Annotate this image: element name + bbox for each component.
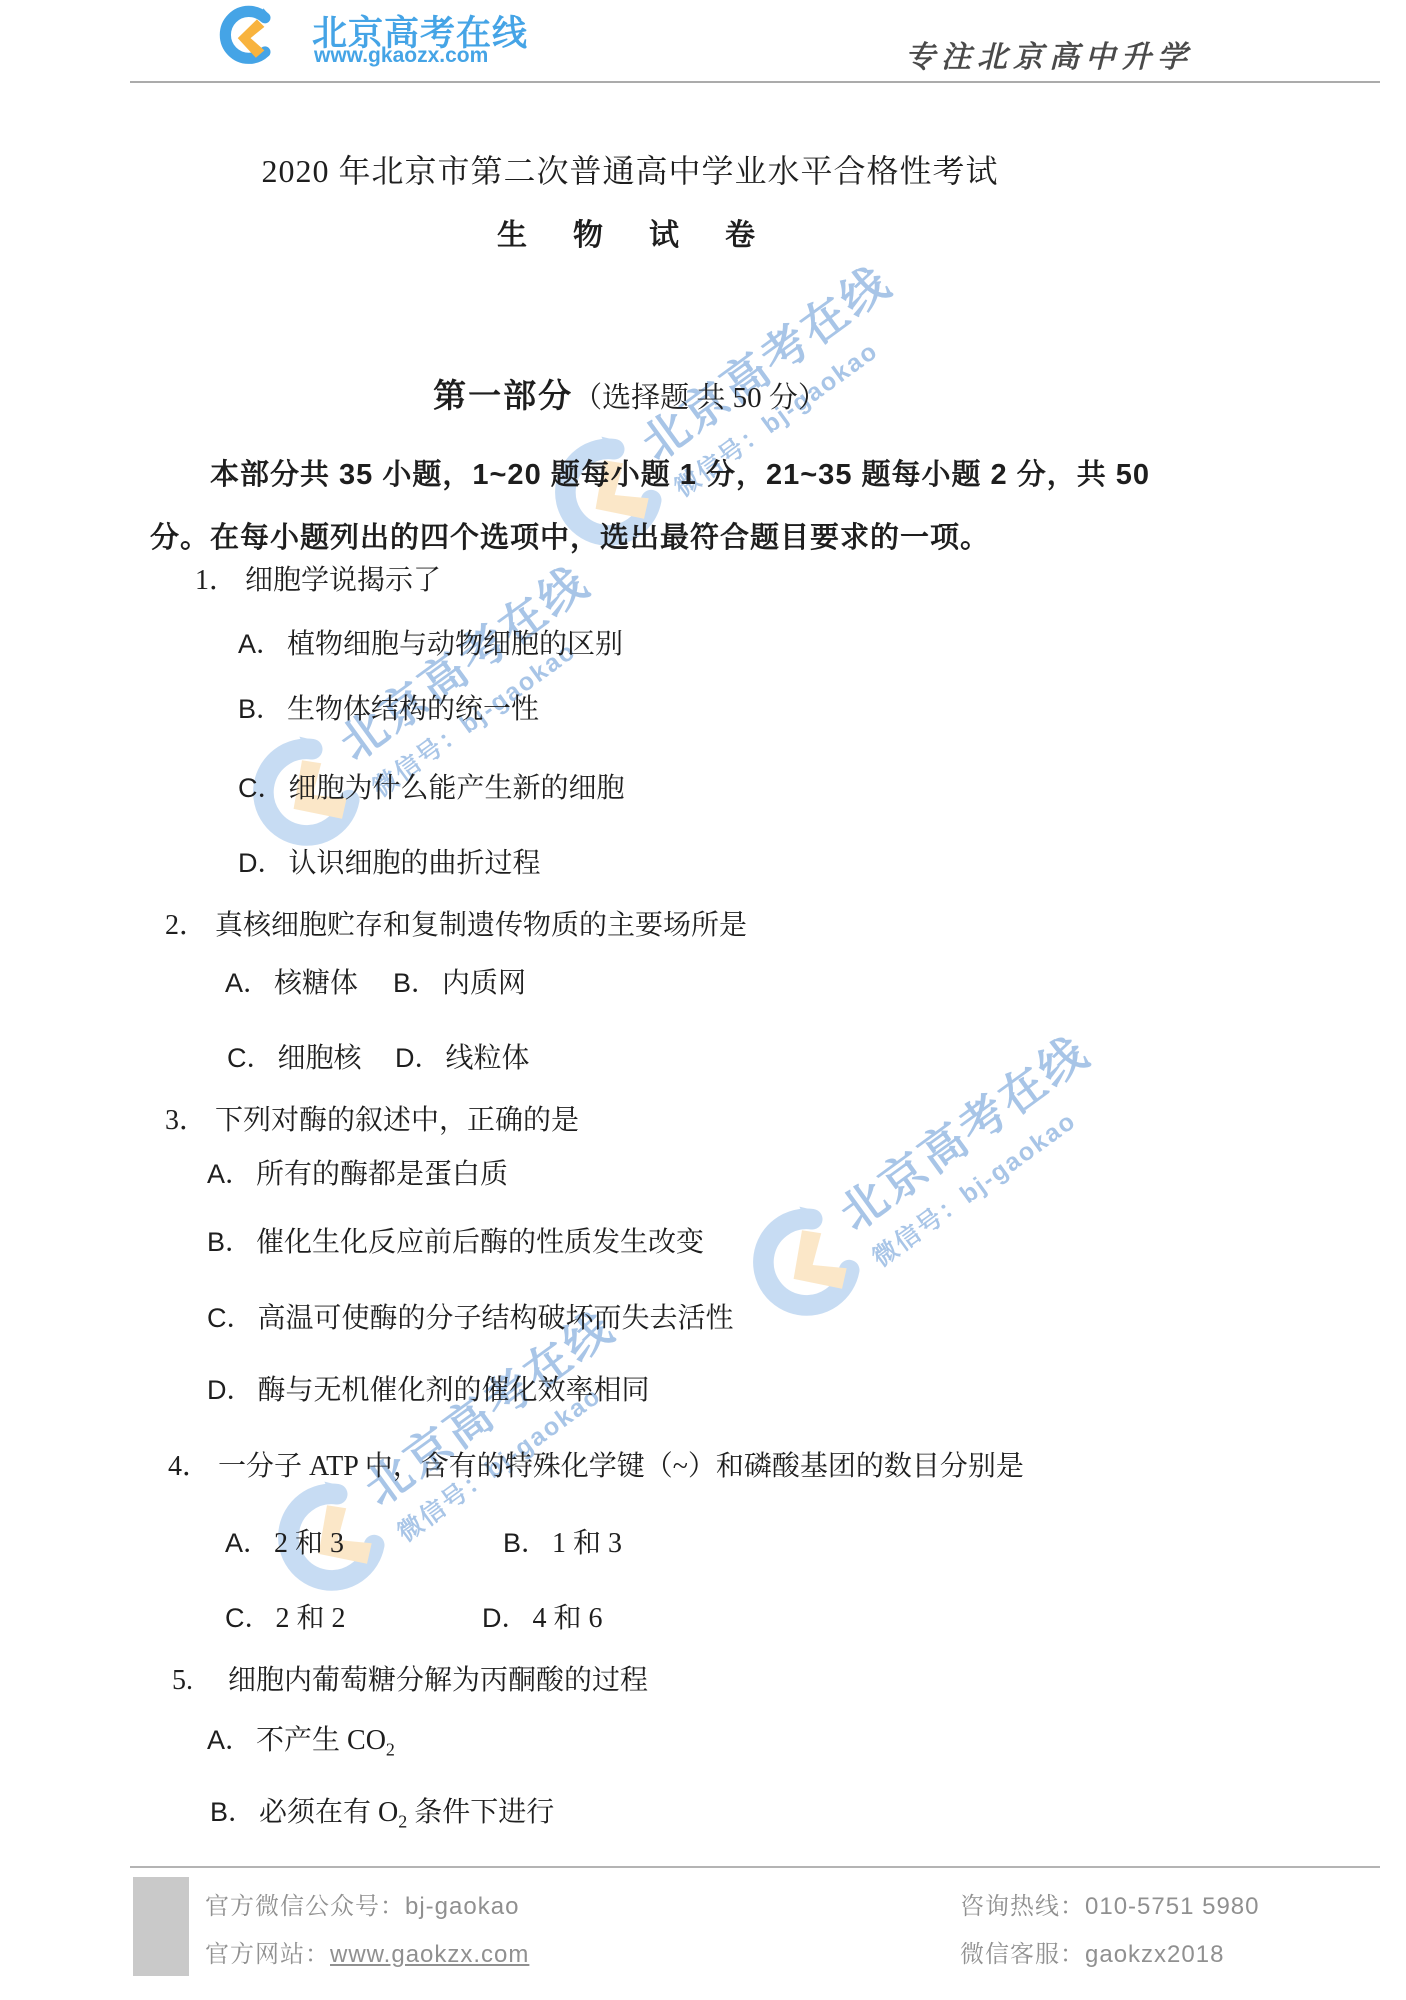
section-title-main: 第一部分	[433, 377, 573, 414]
question-number: 3．	[165, 1098, 215, 1138]
question-2-option-d[interactable]: D．线粒体	[395, 1036, 530, 1076]
question-number: 5.	[172, 1665, 228, 1697]
watermark-text: 北京高考在线	[824, 1017, 1101, 1243]
question-1-option-b[interactable]: B．生物体结构的统一性	[238, 687, 539, 727]
watermark-group: 北京高考在线 微信号：bj-gaokao	[716, 1007, 1133, 1355]
question-2-stem: 2．真核细胞贮存和复制遗传物质的主要场所是	[165, 903, 747, 943]
question-5-option-a[interactable]: A．不产生 CO2	[207, 1718, 395, 1761]
option-label: D．	[238, 848, 285, 878]
footer-hotline-value: 010-5751 5980	[1085, 1893, 1259, 1920]
question-5-stem: 5.细胞内葡萄糖分解为丙酮酸的过程	[172, 1658, 648, 1698]
option-text: 内质网	[442, 968, 526, 999]
option-text: 高温可使酶的分子结构破坏而失去活性	[258, 1303, 734, 1334]
footer-hotline: 咨询热线：010-5751 5980	[960, 1886, 1259, 1921]
option-label: A．	[207, 1725, 252, 1755]
instructions-line-2: 分。在每小题列出的四个选项中，选出最符合题目要求的一项。	[150, 515, 990, 556]
option-label: A．	[238, 629, 283, 659]
option-label: D．	[207, 1375, 254, 1405]
question-1-option-c[interactable]: C．细胞为什么能产生新的细胞	[238, 766, 625, 806]
question-3-option-c[interactable]: C．高温可使酶的分子结构破坏而失去活性	[207, 1296, 734, 1336]
option-label: C．	[227, 1043, 274, 1073]
option-label: D．	[482, 1603, 529, 1633]
footer-gray-block	[133, 1877, 189, 1976]
option-text: 线粒体	[446, 1043, 530, 1074]
footer-hotline-label: 咨询热线：	[960, 1893, 1085, 1920]
question-4-option-b[interactable]: B．1 和 3	[503, 1521, 622, 1561]
option-text: 2 和 2	[276, 1603, 346, 1634]
question-1-stem: 1．细胞学说揭示了	[195, 558, 441, 598]
question-text: 一分子 ATP 中，含有的特殊化学键（~）和磷酸基团的数目分别是	[218, 1451, 1024, 1482]
question-text: 下列对酶的叙述中，正确的是	[215, 1105, 579, 1136]
brand-url-link[interactable]: www.gkaozx.com	[314, 44, 488, 68]
option-label: B．	[503, 1528, 548, 1558]
option-text: 酶与无机催化剂的催化效率相同	[258, 1375, 650, 1406]
option-label: D．	[395, 1043, 442, 1073]
question-4-option-d[interactable]: D．4 和 6	[482, 1596, 603, 1636]
option-text: 1 和 3	[552, 1528, 622, 1559]
question-2-option-c[interactable]: C．细胞核	[227, 1036, 362, 1076]
footer-site-label: 官方网站：	[205, 1941, 330, 1968]
question-1-option-d[interactable]: D．认识细胞的曲折过程	[238, 841, 541, 881]
gk-logo-watermark-icon	[716, 1190, 881, 1355]
option-label: B．	[207, 1227, 252, 1257]
option-text: 细胞为什么能产生新的细胞	[289, 773, 625, 804]
gk-logo-icon	[176, 5, 308, 69]
question-number: 2．	[165, 903, 215, 943]
page-title: 2020 年北京市第二次普通高中学业水平合格性考试	[150, 146, 1110, 192]
option-label: C．	[238, 773, 285, 803]
watermark-text: 北京高考在线	[626, 247, 903, 473]
option-text: 认识细胞的曲折过程	[289, 848, 541, 879]
option-text: 细胞核	[278, 1043, 362, 1074]
option-text: 2 和 3	[274, 1528, 344, 1559]
option-label: A．	[225, 968, 270, 998]
instructions-line-1: 本部分共 35 小题，1~20 题每小题 1 分，21~35 题每小题 2 分，…	[210, 452, 1150, 493]
footer-site-link[interactable]: www.gaokzx.com	[330, 1941, 529, 1968]
question-text: 真核细胞贮存和复制遗传物质的主要场所是	[215, 910, 747, 941]
watermark-subtext: 微信号：bj-gaokao	[864, 1072, 1123, 1274]
option-text: 所有的酶都是蛋白质	[256, 1159, 508, 1190]
question-5-option-b[interactable]: B．必须在有 O2 条件下进行	[210, 1790, 554, 1833]
question-3-option-d[interactable]: D．酶与无机催化剂的催化效率相同	[207, 1368, 650, 1408]
option-text: 生物体结构的统一性	[287, 694, 539, 725]
question-1-option-a[interactable]: A．植物细胞与动物细胞的区别	[238, 622, 623, 662]
header-slogan: 专注北京高中升学	[905, 32, 1193, 76]
gk-logo-watermark-icon	[518, 420, 683, 585]
option-label: A．	[225, 1528, 270, 1558]
question-text: 细胞学说揭示了	[245, 565, 441, 596]
footer-divider	[130, 1866, 1380, 1868]
option-text: 植物细胞与动物细胞的区别	[287, 629, 623, 660]
footer-wechat: 官方微信公众号：bj-gaokao	[205, 1886, 519, 1921]
option-text: 必须在有 O2 条件下进行	[259, 1797, 554, 1828]
header-divider	[130, 81, 1380, 83]
option-label: B．	[393, 968, 438, 998]
question-text: 细胞内葡萄糖分解为丙酮酸的过程	[228, 1665, 648, 1696]
option-label: C．	[225, 1603, 272, 1633]
footer-wechat-label: 官方微信公众号：	[205, 1893, 405, 1920]
question-number: 1．	[195, 558, 245, 598]
option-label: B．	[210, 1797, 255, 1827]
question-3-option-a[interactable]: A．所有的酶都是蛋白质	[207, 1152, 508, 1192]
footer-site: 官方网站：www.gaokzx.com	[205, 1934, 529, 1969]
question-3-option-b[interactable]: B．催化生化反应前后酶的性质发生改变	[207, 1220, 704, 1260]
footer-kefu-value: gaokzx2018	[1085, 1941, 1224, 1968]
question-2-option-a[interactable]: A．核糖体	[225, 961, 358, 1001]
option-label: C．	[207, 1303, 254, 1333]
footer-kefu-label: 微信客服：	[960, 1941, 1085, 1968]
footer-wechat-value: bj-gaokao	[405, 1893, 519, 1920]
section-title-note: （选择题 共 50 分）	[573, 382, 827, 414]
option-label: B．	[238, 694, 283, 724]
option-label: A．	[207, 1159, 252, 1189]
section-title: 第一部分（选择题 共 50 分）	[150, 370, 1110, 417]
question-number: 4．	[168, 1444, 218, 1484]
option-text: 不产生 CO2	[256, 1725, 395, 1756]
question-4-option-c[interactable]: C．2 和 2	[225, 1596, 346, 1636]
question-2-option-b[interactable]: B．内质网	[393, 961, 526, 1001]
option-text: 4 和 6	[533, 1603, 603, 1634]
question-3-stem: 3．下列对酶的叙述中，正确的是	[165, 1098, 579, 1138]
option-text: 核糖体	[274, 968, 358, 999]
question-4-stem: 4．一分子 ATP 中，含有的特殊化学键（~）和磷酸基团的数目分别是	[168, 1444, 1024, 1484]
footer-kefu: 微信客服：gaokzx2018	[960, 1934, 1224, 1969]
exam-paper-page: 北京高考在线 www.gkaozx.com 专注北京高中升学 北京高考在线 微信…	[0, 0, 1406, 2000]
question-4-option-a[interactable]: A．2 和 3	[225, 1521, 344, 1561]
option-text: 催化生化反应前后酶的性质发生改变	[256, 1227, 704, 1258]
page-subtitle: 生 物 试 卷	[150, 210, 1110, 254]
